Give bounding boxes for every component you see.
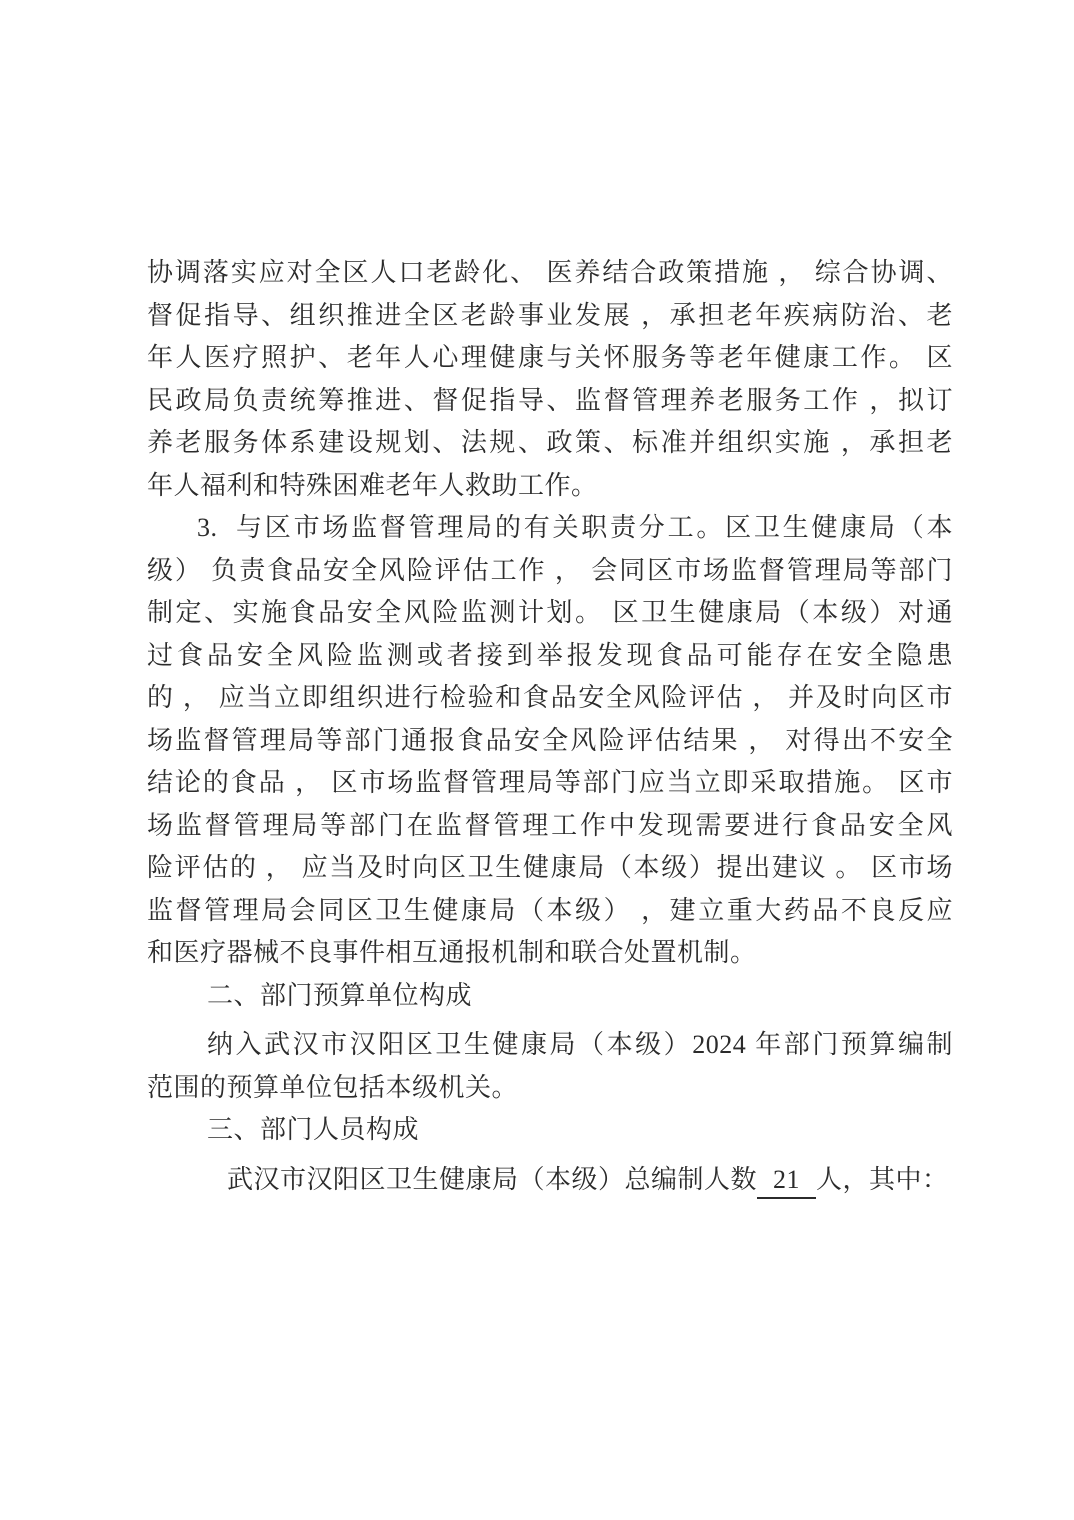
document-line: 年人医疗照护、老年人心理健康与关怀服务等老年健康工作。 区 (147, 337, 953, 380)
document-line: 场监督管理局等部门在监督管理工作中发现需要进行食品安全风 (147, 805, 953, 848)
document-line: 武汉市汉阳区卫生健康局（本级）总编制人数21人，其中： (147, 1159, 953, 1202)
document-line: 险评估的 ， 应当及时向区卫生健康局（本级）提出建议 。 区市场 (147, 847, 953, 890)
document-line: 级） 负责食品安全风险评估工作 ， 会同区市场监督管理局等部门 (147, 550, 953, 593)
document-line: 二、部门预算单位构成 (147, 975, 953, 1018)
document-line: 结论的食品 ， 区市场监督管理局等部门应当立即采取措施。 区市 (147, 762, 953, 805)
document-line: 养老服务体系建设规划、法规、政策、标准并组织实施 ，承担老 (147, 422, 953, 465)
document-line: 纳入武汉市汉阳区卫生健康局（本级）2024 年部门预算编制 (147, 1024, 953, 1067)
document-line: 的 ， 应当立即组织进行检验和食品安全风险评估 ， 并及时向区市 (147, 677, 953, 720)
document-page: 协调落实应对全区人口老龄化、 医养结合政策措施 ， 综合协调、督促指导、组织推进… (0, 0, 1074, 1520)
document-line: 场监督管理局等部门通报食品安全风险评估结果 ， 对得出不安全 (147, 720, 953, 763)
document-line: 三、部门人员构成 (147, 1109, 953, 1152)
staffing-count-underlined-value: 21 (757, 1163, 816, 1199)
document-line: 协调落实应对全区人口老龄化、 医养结合政策措施 ， 综合协调、 (147, 252, 953, 295)
document-line: 监督管理局会同区卫生健康局（本级） ，建立重大药品不良反应 (147, 890, 953, 933)
document-line-text: 武汉市汉阳区卫生健康局（本级）总编制人数 (227, 1165, 757, 1194)
document-line: 过食品安全风险监测或者接到举报发现食品可能存在安全隐患 (147, 635, 953, 678)
document-line: 范围的预算单位包括本级机关。 (147, 1067, 953, 1110)
document-text-block: 协调落实应对全区人口老龄化、 医养结合政策措施 ， 综合协调、督促指导、组织推进… (147, 252, 953, 1201)
document-line-text: 人，其中： (816, 1165, 949, 1194)
document-line: 年人福利和特殊困难老年人救助工作。 (147, 465, 953, 508)
document-line: 制定、实施食品安全风险监测计划。 区卫生健康局（本级）对通 (147, 592, 953, 635)
document-line: 和医疗器械不良事件相互通报机制和联合处置机制。 (147, 932, 953, 975)
document-line: 督促指导、组织推进全区老龄事业发展 ，承担老年疾病防治、老 (147, 295, 953, 338)
document-line: 民政局负责统筹推进、督促指导、监督管理养老服务工作 ，拟订 (147, 380, 953, 423)
document-line: 3. 与区市场监督管理局的有关职责分工。区卫生健康局（本 (147, 507, 953, 550)
